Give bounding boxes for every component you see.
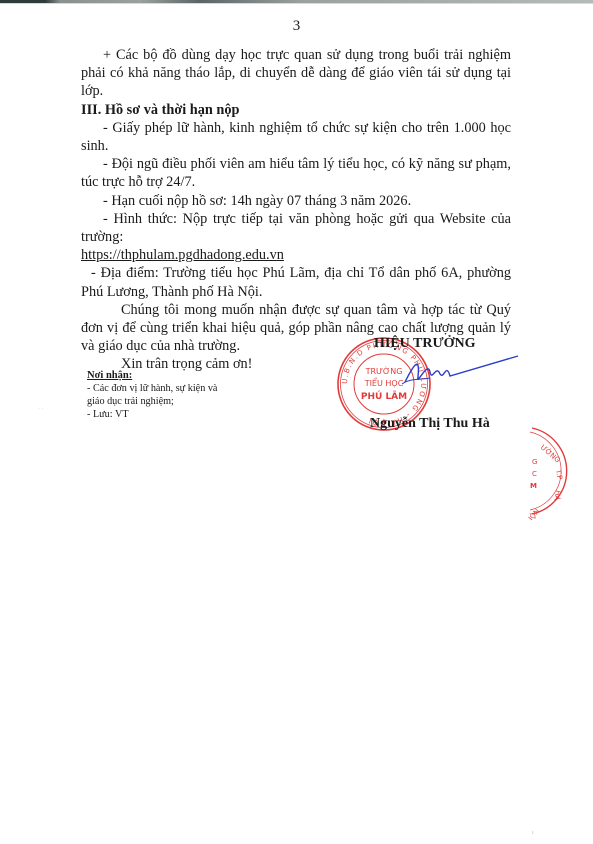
partial-seal-icon: ƯỜNG T.P HÀ NỘI G C M: [510, 420, 590, 520]
page-number: 3: [0, 18, 593, 35]
website-link[interactable]: https://thphulam.pgdhadong.edu.vn: [81, 246, 511, 264]
signer-name: Nguyễn Thị Thu Hà: [370, 416, 490, 432]
paragraph-deadline: - Hạn cuối nộp hồ sơ: 14h ngày 07 tháng …: [81, 192, 511, 210]
signature-icon: [400, 352, 520, 392]
section-heading: III. Hồ sơ và thời hạn nộp: [81, 101, 511, 119]
paragraph-equipment: + Các bộ đồ dùng dạy học trực quan sử dụ…: [81, 46, 511, 101]
paragraph-method: - Hình thức: Nộp trực tiếp tại văn phòng…: [81, 210, 511, 246]
svg-text:C: C: [532, 470, 537, 478]
recipient-item: - Các đơn vị lữ hành, sự kiện và giáo dụ…: [87, 382, 227, 408]
recipients-block: Nơi nhận: - Các đơn vị lữ hành, sự kiện …: [87, 369, 227, 421]
recipient-item: - Lưu: VT: [87, 408, 227, 421]
svg-text:TIỂU HỌC: TIỂU HỌC: [364, 376, 404, 388]
scan-speck: ı: [532, 830, 534, 836]
signature-title: HIỆU TRƯỞNG: [374, 336, 476, 352]
svg-text:T.P: T.P: [554, 468, 564, 480]
document-body: + Các bộ đồ dùng dạy học trực quan sử dụ…: [81, 46, 511, 374]
svg-text:TRƯỜNG: TRƯỜNG: [365, 365, 403, 376]
paragraph-staff: - Đội ngũ điều phối viên am hiểu tâm lý …: [81, 155, 511, 191]
svg-text:M: M: [530, 482, 537, 490]
svg-text:NỘI: NỘI: [526, 507, 541, 520]
svg-text:G: G: [532, 458, 537, 466]
paragraph-license: - Giấy phép lữ hành, kinh nghiệm tổ chức…: [81, 119, 511, 155]
scan-speck: · ·: [38, 406, 44, 412]
scan-top-edge-shadow: [0, 3, 593, 4]
svg-text:HÀ: HÀ: [552, 490, 563, 502]
recipients-title: Nơi nhận:: [87, 369, 227, 382]
paragraph-location: - Địa điểm: Trường tiểu học Phú Lãm, địa…: [81, 264, 511, 300]
